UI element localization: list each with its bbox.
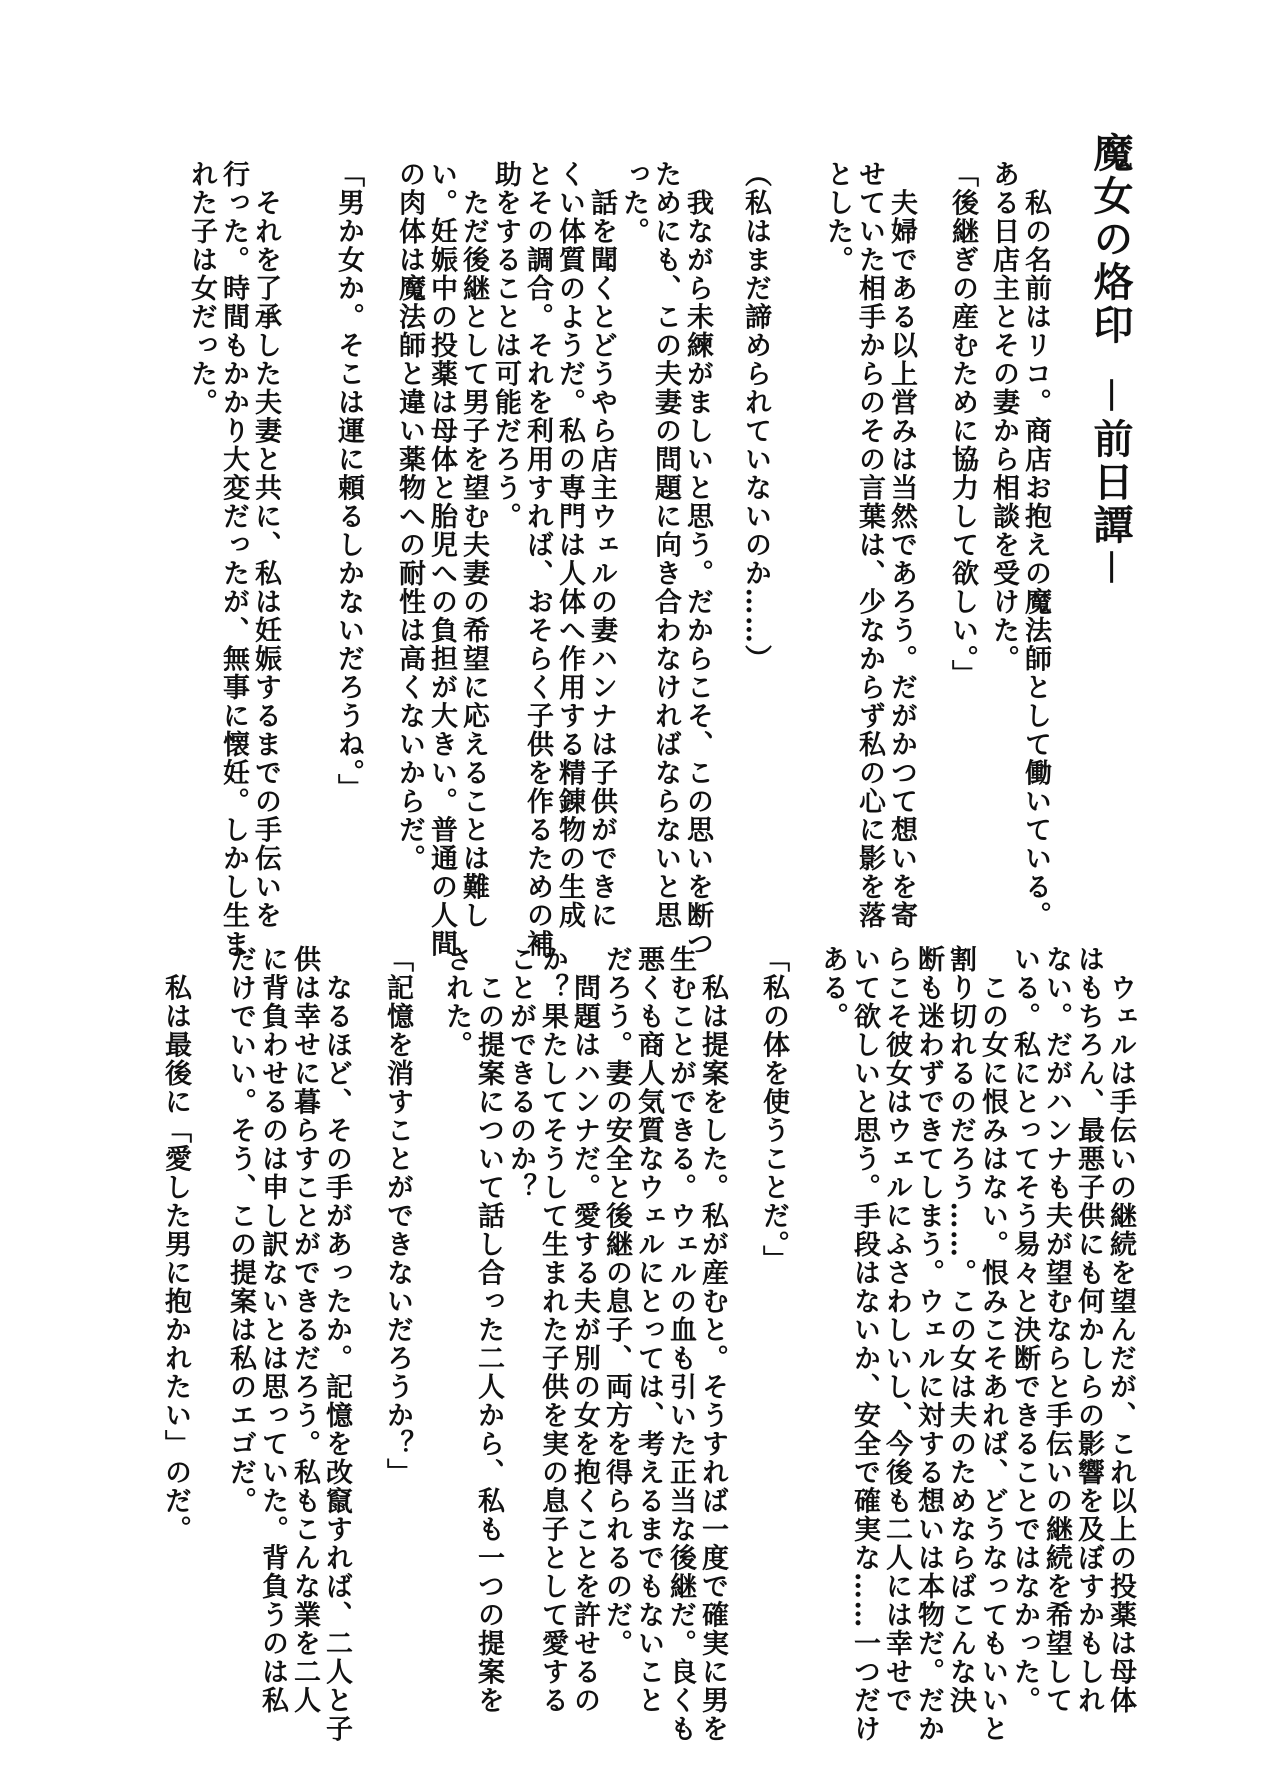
lower-column-20: された。 bbox=[440, 945, 472, 1059]
upper-column-20: 行った。時間もかかり大変だったが、無事に懐妊。しかし生ま bbox=[217, 160, 249, 958]
lower-column-24: に背負わせるのは申し訳ないとは思っていた。背負うのは私 bbox=[256, 945, 288, 1715]
lower-column-1: ウェルは手伝いの継続を望んだが、これ以上の投薬は母体 bbox=[1104, 945, 1136, 1715]
lower-column-25: だけでいい。そう、この提案は私のエゴだ。 bbox=[224, 945, 256, 1515]
lower-column-17: か？果たしてそうして生まれた子供を実の息子として愛する bbox=[536, 945, 568, 1715]
upper-column-21: れた子は女だった。 bbox=[185, 160, 217, 417]
upper-column-17: の肉体は魔法師と違い薬物への耐性は高くないからだ。 bbox=[393, 160, 425, 873]
lower-column-9: いて欲しいと思う。手段はないか、安全で確実な……一つだけ bbox=[848, 945, 880, 1743]
upper-column-6: とした。 bbox=[821, 160, 853, 274]
story-title: 魔女の烙印 bbox=[1086, 132, 1134, 347]
upper-column-14: 助をすることは可能だろう。 bbox=[489, 160, 521, 531]
upper-column-13: とその調合。それを利用すれば、おそらく子供を作るための補 bbox=[521, 160, 553, 958]
upper-column-19: それを了承した夫妻と共に、私は妊娠するまでの手伝いを bbox=[249, 160, 281, 930]
upper-column-1: 私の名前はリコ。商店お抱えの魔法師として働いている。 bbox=[1019, 160, 1051, 930]
upper-column-15: ただ後継として男子を望む夫妻の希望に応えることは難し bbox=[457, 160, 489, 930]
document-page: 魔女の烙印 －前日譚－ 私の名前はリコ。商店お抱えの魔法師として働いている。 あ… bbox=[0, 0, 1280, 1791]
upper-column-12: くい体質のようだ。私の専門は人体へ作用する精錬物の生成 bbox=[553, 160, 585, 930]
upper-column-8: 我ながら未練がましいと思う。だからこそ、この思いを断つ bbox=[681, 160, 713, 958]
upper-column-5: せていた相手からのその言葉は、少なからず私の心に影を落 bbox=[853, 160, 885, 930]
lower-column-10: ある。 bbox=[816, 945, 848, 1031]
lower-column-14: 悪くも商人気質なウェルにとっては、考えるまでもないこと bbox=[632, 945, 664, 1715]
lower-column-8: らこそ彼女はウェルにふさわしいし、今後も二人には幸せで bbox=[880, 945, 912, 1715]
lower-column-15: だろう。妻の安全と後継の息子、両方を得られるのだ。 bbox=[600, 945, 632, 1658]
lower-column-3: ない。だがハンナも夫が望むならと手伝いの継続を希望して bbox=[1040, 945, 1072, 1715]
lower-column-2: はもちろん、最悪子供にも何かしらの影響を及ぼすかもしれ bbox=[1072, 945, 1104, 1715]
lower-column-19: この提案について話し合った二人から、私も一つの提案を bbox=[472, 945, 504, 1715]
upper-column-9: ためにも、この夫妻の問題に向き合わなければならないと思 bbox=[649, 160, 681, 930]
upper-column-3: 「後継ぎの産むために協力して欲しい。」 bbox=[946, 160, 978, 688]
lower-column-18: ことができるのか？ bbox=[504, 945, 536, 1202]
lower-column-16: 問題はハンナだ。愛する夫が別の女を抱くことを許せるの bbox=[568, 945, 600, 1715]
lower-column-22: なるほど、その手があったか。記憶を改竄すれば、二人と子 bbox=[320, 945, 352, 1743]
lower-column-5: この女に恨みはない。恨みこそあれば、どうなってもいいと bbox=[976, 945, 1008, 1743]
upper-column-16: い。妊娠中の投薬は母体と胎児への負担が大きい。普通の人間 bbox=[425, 160, 457, 958]
lower-column-4: いる。私にとってそう易々と決断できることではなかった。 bbox=[1008, 945, 1040, 1715]
lower-column-13: 生むことができる。ウェルの血も引いた正当な後継だ。良くも bbox=[664, 945, 696, 1743]
upper-column-11: 話を聞くとどうやら店主ウェルの妻ハンナは子供ができに bbox=[585, 160, 617, 930]
lower-column-11: 「私の体を使うことだ。」 bbox=[757, 945, 789, 1274]
lower-column-21: 「記憶を消すことができないだろうか？」 bbox=[381, 945, 413, 1487]
lower-column-6: 割り切れるのだろう……。この女は夫のためならばこんな決 bbox=[944, 945, 976, 1715]
upper-column-7: （私はまだ諦められていないのか……） bbox=[739, 160, 771, 673]
story-subtitle: －前日譚－ bbox=[1086, 375, 1134, 590]
lower-column-12: 私は提案をした。私が産むと。そうすれば一度で確実に男を bbox=[696, 945, 728, 1743]
upper-column-2: ある日店主とその妻から相談を受けた。 bbox=[987, 160, 1019, 673]
upper-column-4: 夫婦である以上営みは当然であろう。だがかつて想いを寄 bbox=[885, 160, 917, 930]
lower-column-26: 私は最後に「愛した男に抱かれたい」のだ。 bbox=[159, 945, 191, 1544]
lower-column-23: 供は幸せに暮らすことができるだろう。私もこんな業を二人 bbox=[288, 945, 320, 1715]
upper-column-10: った。 bbox=[617, 160, 649, 246]
lower-column-7: 断も迷わずできてしまう。ウェルに対する想いは本物だ。だか bbox=[912, 945, 944, 1743]
upper-column-18: 「男か女か。そこは運に頼るしかないだろうね。」 bbox=[332, 160, 364, 802]
